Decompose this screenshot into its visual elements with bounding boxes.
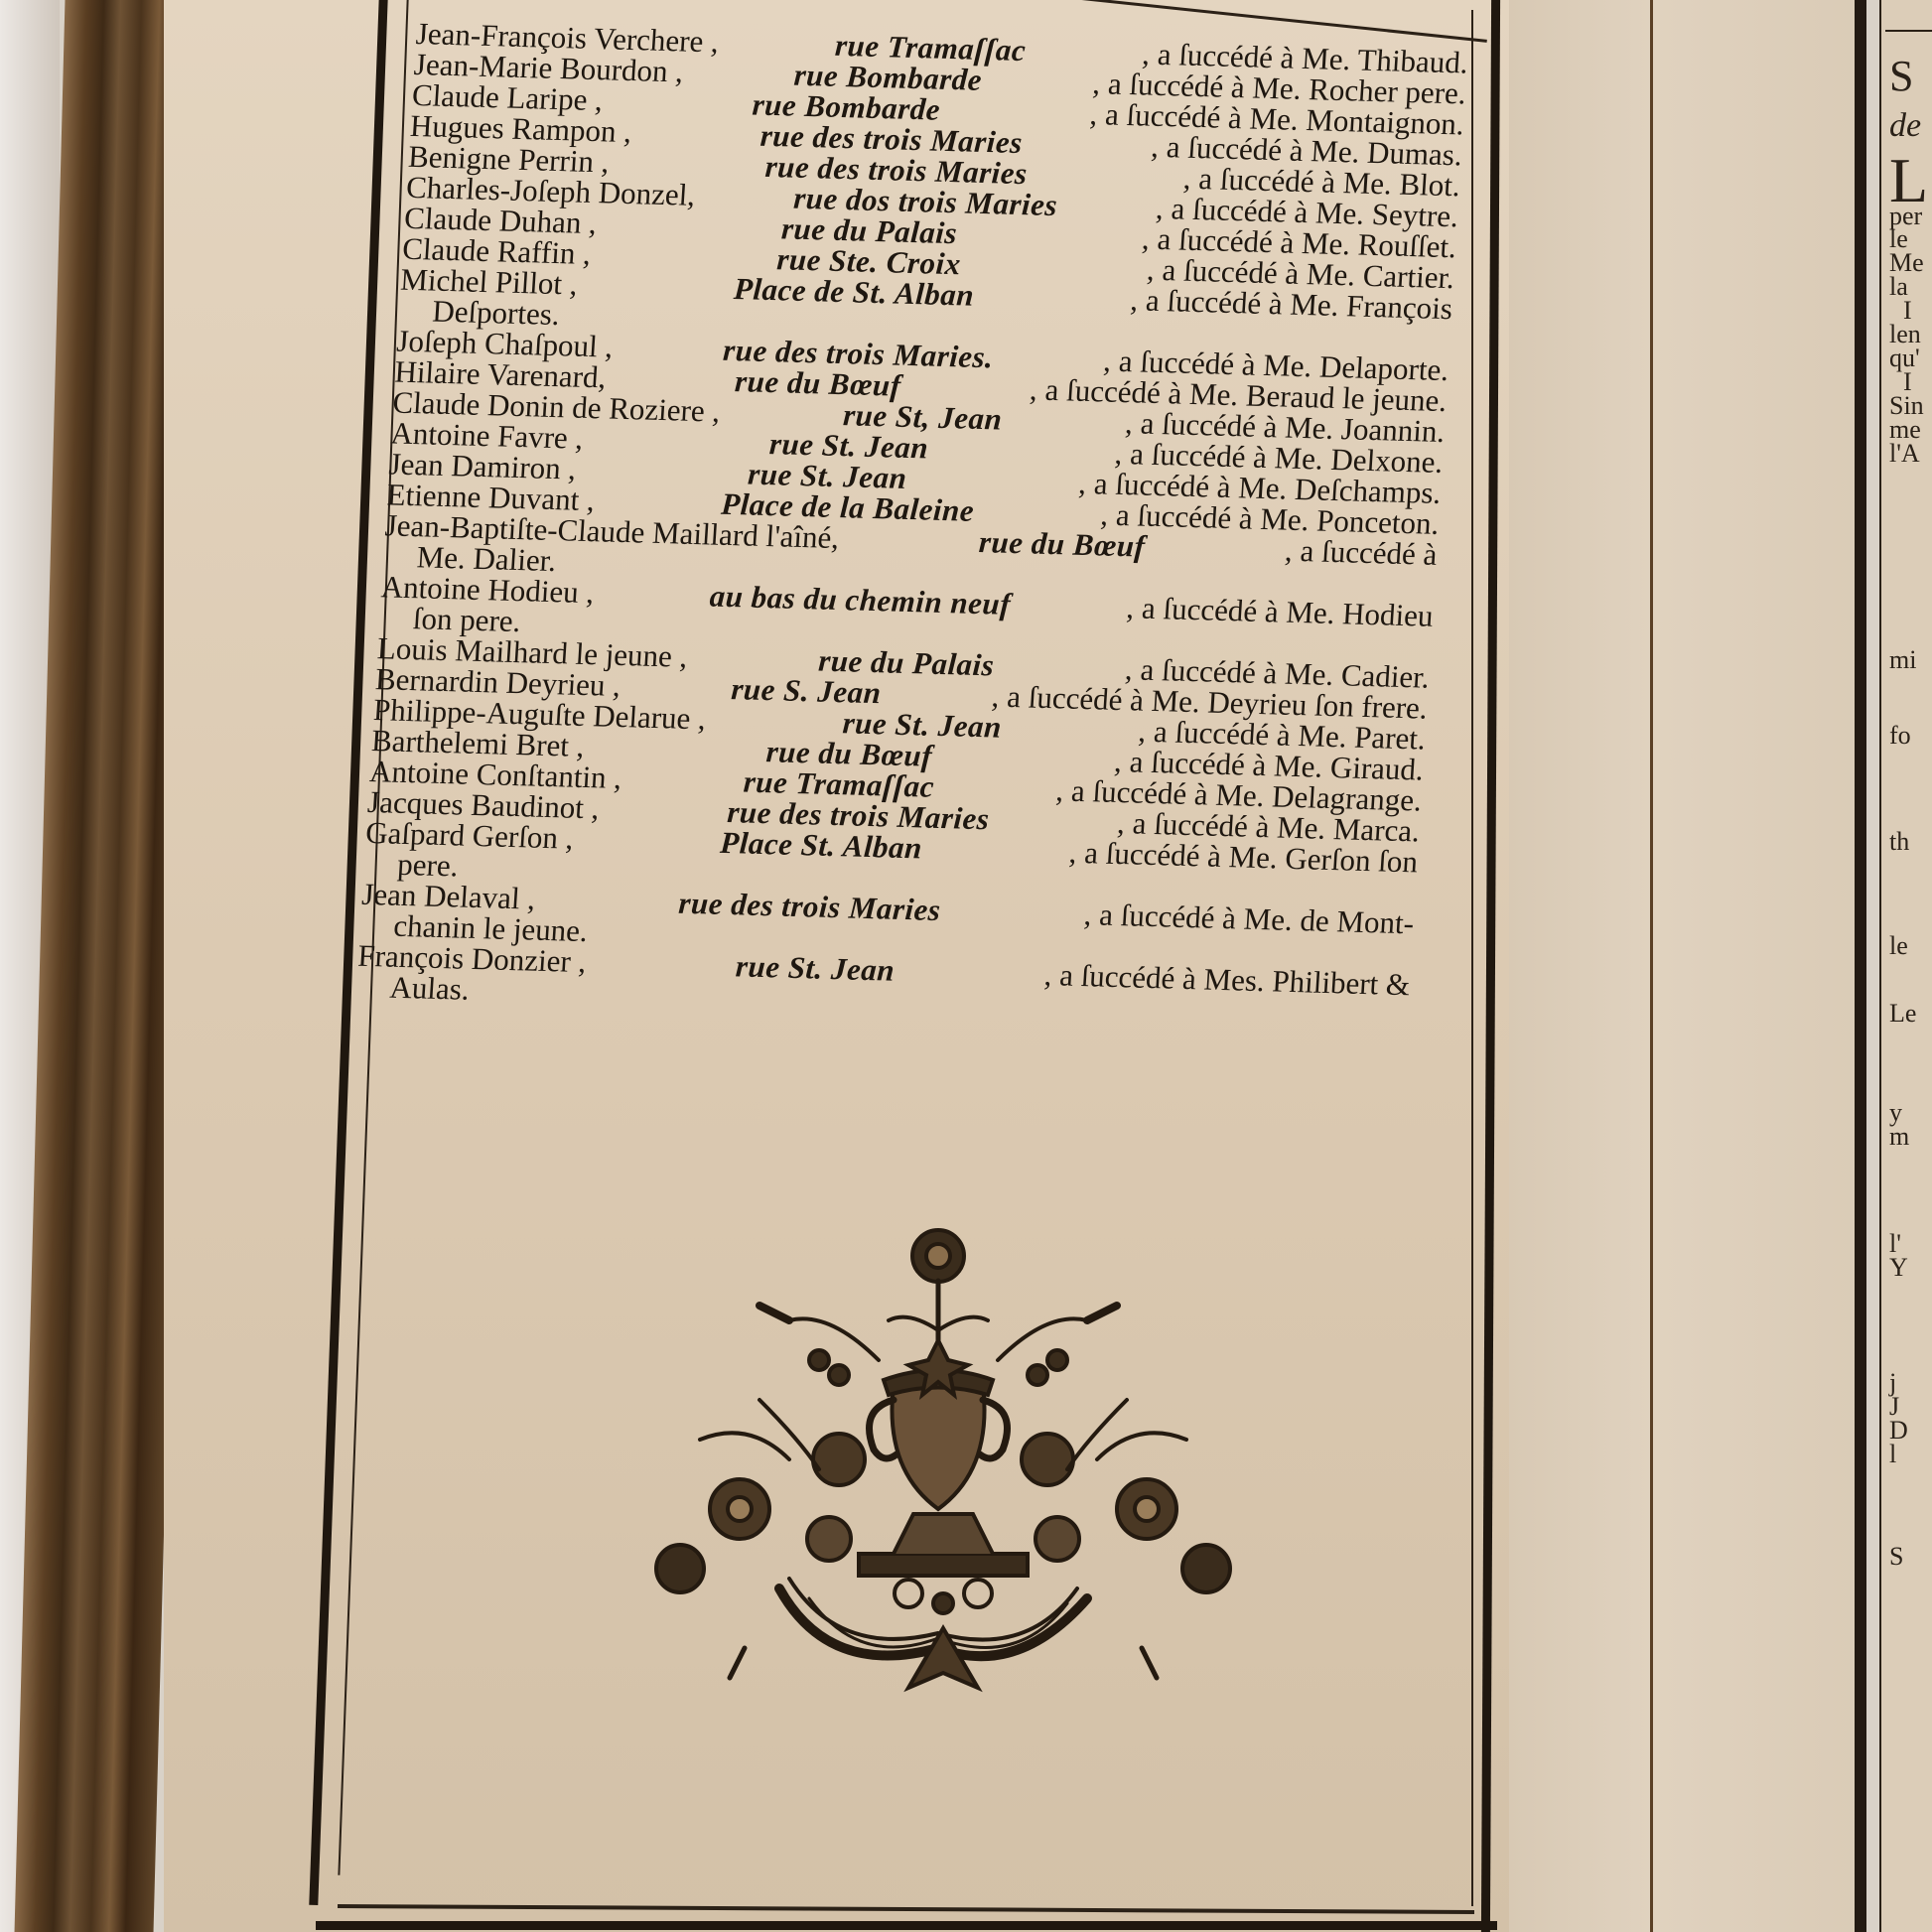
facing-text: S	[1889, 1544, 1903, 1570]
facing-text: mi	[1889, 647, 1916, 673]
page-frame-right-inner	[1471, 10, 1473, 1906]
entry-street: rue du Bœuf	[978, 526, 1146, 562]
facing-text: le	[1889, 933, 1908, 959]
entry-street: Place de St. Alban	[733, 273, 975, 311]
facing-page-fragment: S de L per le Me la I len qu' I Sin me l…	[1881, 0, 1932, 1932]
leaf-edge-line	[1650, 0, 1653, 1932]
page-frame-bottom-outer	[316, 1921, 1497, 1930]
entry-succession: , a ſuccédé à Me. François	[1130, 284, 1453, 324]
facing-text: Le	[1889, 1001, 1916, 1027]
entry-street: au bas du chemin neuf	[709, 580, 1012, 619]
entry-succession: , a ſuccédé à Me. Ponceton.	[1100, 498, 1441, 538]
facing-page-top-rule	[1885, 30, 1932, 32]
entry-succession: , a ſuccédé à Me. Hodieu	[1126, 592, 1435, 631]
facing-text: l'A	[1889, 441, 1920, 467]
facing-text: m	[1889, 1124, 1909, 1150]
facing-text: l	[1889, 1442, 1896, 1467]
entry-street: rue St. Jean	[735, 950, 896, 985]
entry-street: rue S. Jean	[731, 673, 883, 708]
gutter-leaf	[1509, 0, 1866, 1932]
vase-flower-ornament-icon	[640, 1211, 1246, 1713]
facing-text: Y	[1889, 1255, 1908, 1281]
facing-text: fo	[1889, 723, 1911, 749]
entry-street: rue des trois Maries	[678, 888, 942, 925]
entry-street: rue du Bœuf	[734, 365, 901, 401]
facing-text: th	[1889, 829, 1909, 855]
entry-name: Gaſpard Gerſon ,	[364, 817, 574, 854]
entry-succession: , a ſuccédé à Me. de Mont-	[1083, 898, 1415, 938]
entry-street: Place St. Alban	[719, 827, 922, 864]
facing-text: S	[1889, 55, 1913, 98]
notary-succession-list: Jean-François Verchere ,rue Tramaſſac, a…	[355, 18, 1469, 1031]
facing-page-frame-outer	[1855, 0, 1866, 1932]
entry-succession: , a ſuccédé à	[1284, 535, 1438, 570]
facing-text: de	[1889, 109, 1921, 143]
